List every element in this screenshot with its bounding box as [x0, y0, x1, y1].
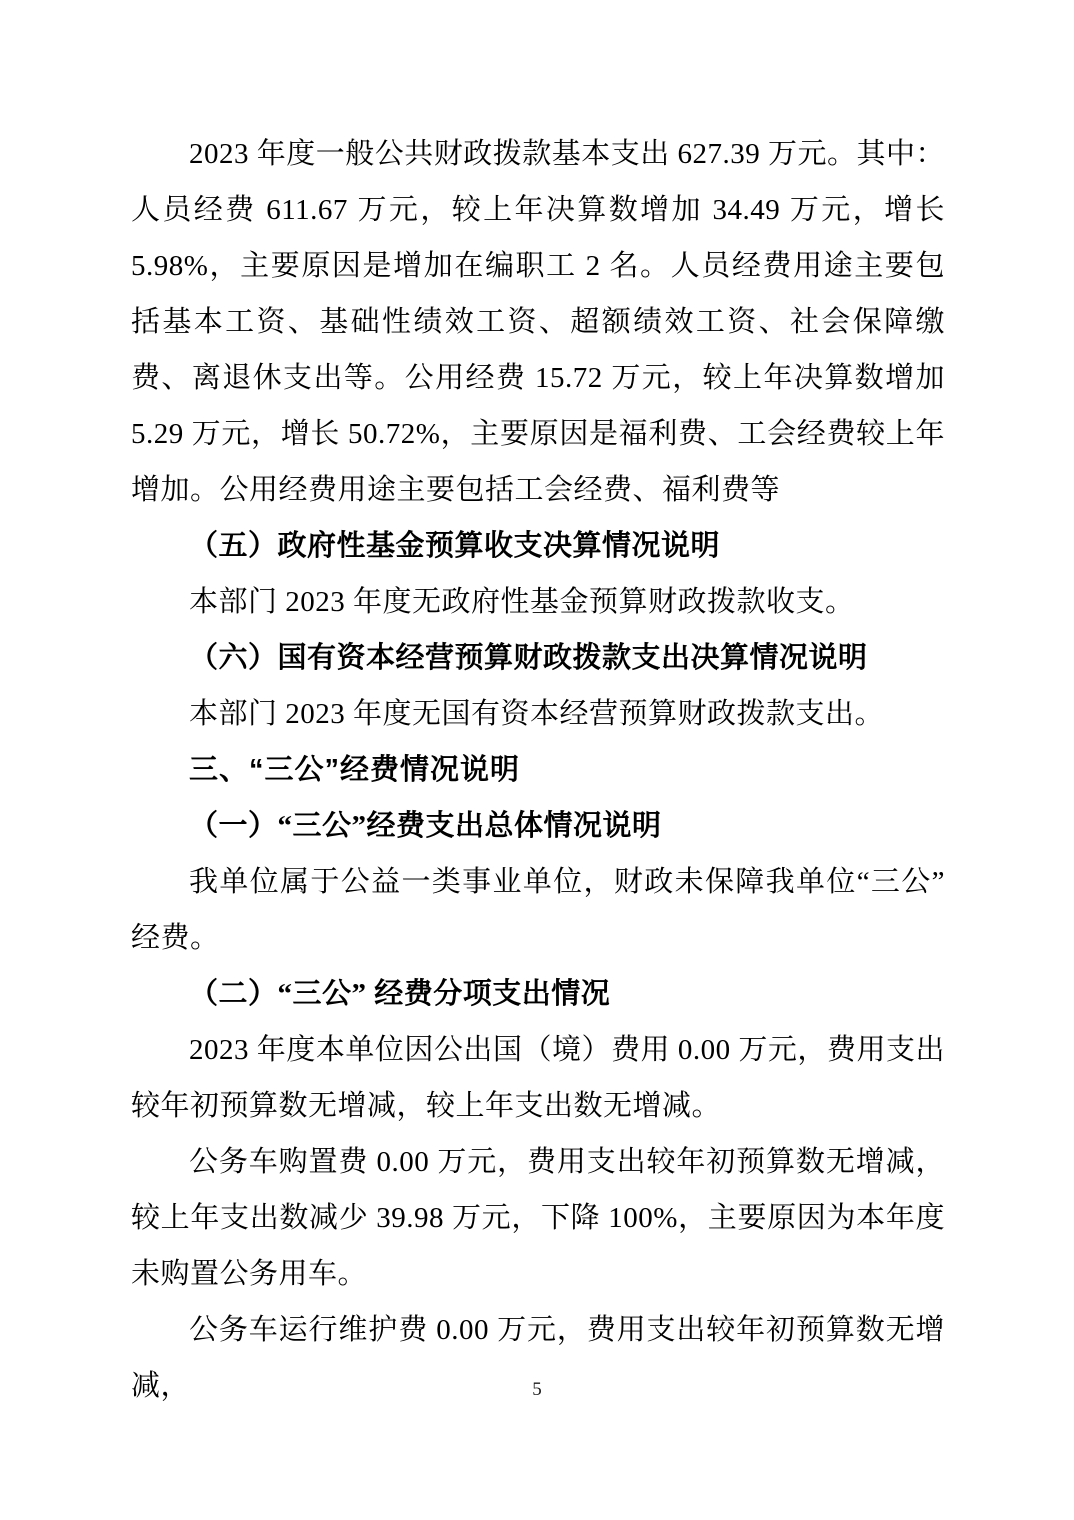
paragraph-vehicle-purchase-expense: 公务车购置费 0.00 万元，费用支出较年初预算数无增减，较上年支出数减少 39… — [131, 1134, 945, 1302]
paragraph-basic-expenditure: 2023 年度一般公共财政拨款基本支出 627.39 万元。其中：人员经费 61… — [131, 126, 945, 518]
paragraph-overall-expenditure-note: 我单位属于公益一类事业单位，财政未保障我单位“三公”经费。 — [131, 854, 945, 966]
heading-section-5-government-fund: （五）政府性基金预算收支决算情况说明 — [131, 518, 945, 574]
document-body: 2023 年度一般公共财政拨款基本支出 627.39 万元。其中：人员经费 61… — [131, 126, 945, 1414]
paragraph-state-capital-note: 本部门 2023 年度无国有资本经营预算财政拨款支出。 — [131, 686, 945, 742]
document-page: 2023 年度一般公共财政拨款基本支出 627.39 万元。其中：人员经费 61… — [0, 0, 1074, 1520]
paragraph-overseas-travel-expense: 2023 年度本单位因公出国（境）费用 0.00 万元，费用支出较年初预算数无增… — [131, 1022, 945, 1134]
heading-chapter-3-three-public-funds: 三、“三公”经费情况说明 — [131, 742, 945, 798]
page-number: 5 — [0, 1376, 1074, 1404]
heading-section-1-overall-expenditure: （一）“三公”经费支出总体情况说明 — [131, 798, 945, 854]
heading-section-6-state-capital: （六）国有资本经营预算财政拨款支出决算情况说明 — [131, 630, 945, 686]
paragraph-government-fund-note: 本部门 2023 年度无政府性基金预算财政拨款收支。 — [131, 574, 945, 630]
heading-section-2-itemized-expenditure: （二）“三公” 经费分项支出情况 — [131, 966, 945, 1022]
